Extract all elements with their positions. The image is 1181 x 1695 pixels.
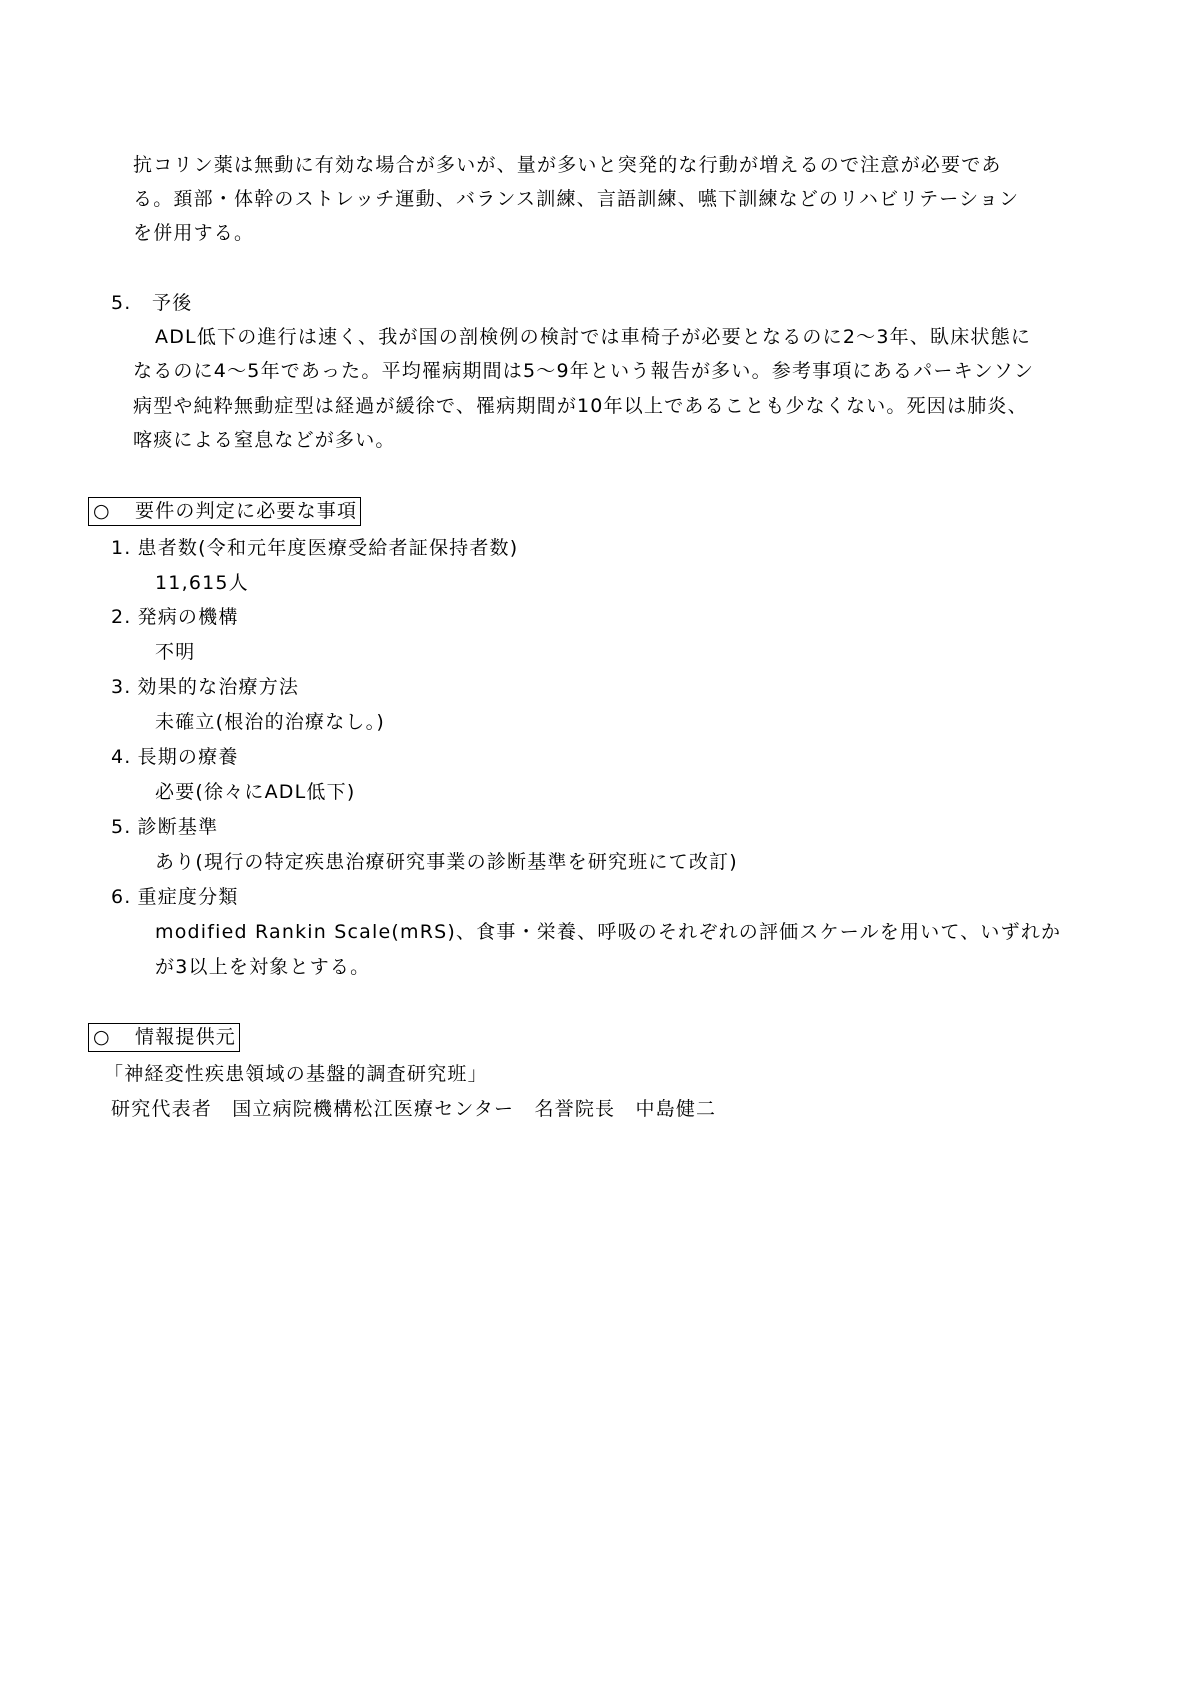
source-representative: 研究代表者 国立病院機構松江医療センター 名誉院長 中島健二 <box>111 1092 716 1126</box>
item-heading: 効果的な治療方法 <box>138 676 300 698</box>
requirements-title: 要件の判定に必要な事項 <box>135 500 357 522</box>
requirement-item-6-body-line-2: が3以上を対象とする。 <box>155 950 370 984</box>
requirement-item-5-body: あり(現行の特定疾患治療研究事業の診断基準を研究班にて改訂) <box>155 845 738 879</box>
prognosis-line-2: なるのに4～5年であった。平均罹病期間は5～9年という報告が多い。参考事項にある… <box>133 354 1034 388</box>
item-heading: 発病の機構 <box>138 606 239 628</box>
requirement-item-6-body-line-1: modified Rankin Scale(mRS)、食事・栄養、呼吸のそれぞれ… <box>155 915 1061 949</box>
requirement-item-2-heading: 2.発病の機構 <box>111 600 239 634</box>
item-number: 6. <box>111 886 132 908</box>
prognosis-title: 予後 <box>152 292 192 314</box>
requirement-item-3-heading: 3.効果的な治療方法 <box>111 670 299 704</box>
item-heading: 重症度分類 <box>138 886 239 908</box>
item-heading: 診断基準 <box>138 816 219 838</box>
requirement-item-3-body: 未確立(根治的治療なし。) <box>155 705 385 739</box>
item-number: 2. <box>111 606 132 628</box>
item-heading: 長期の療養 <box>138 746 239 768</box>
source-section-header: ○情報提供元 <box>88 1023 240 1052</box>
requirement-item-1-body: 11,615人 <box>155 566 249 600</box>
item-number: 1. <box>111 537 132 559</box>
source-title: 情報提供元 <box>135 1026 236 1048</box>
item-heading: 患者数(令和元年度医療受給者証保持者数) <box>138 537 519 559</box>
circle-mark-icon: ○ <box>93 498 135 525</box>
requirement-item-4-body: 必要(徐々にADL低下) <box>155 775 355 809</box>
requirement-item-5-heading: 5.診断基準 <box>111 810 218 844</box>
document-page: 抗コリン薬は無動に有効な場合が多いが、量が多いと突発的な行動が増えるので注意が必… <box>0 0 1181 1695</box>
requirements-section-header: ○要件の判定に必要な事項 <box>88 497 361 526</box>
requirement-item-1-heading: 1.患者数(令和元年度医療受給者証保持者数) <box>111 531 518 565</box>
prognosis-line-1: ADL低下の進行は速く、我が国の剖検例の検討では車椅子が必要となるのに2～3年、… <box>155 320 1031 354</box>
prognosis-line-3: 病型や純粋無動症型は経過が緩徐で、罹病期間が10年以上であることも少なくない。死… <box>133 389 1028 423</box>
treatment-line-2: る。頚部・体幹のストレッチ運動、バランス訓練、言語訓練、嚥下訓練などのリハビリテ… <box>133 182 1019 216</box>
treatment-line-3: を併用する。 <box>133 216 254 250</box>
item-number: 3. <box>111 676 132 698</box>
requirement-item-4-heading: 4.長期の療養 <box>111 740 239 774</box>
circle-mark-icon: ○ <box>93 1024 135 1051</box>
prognosis-heading: 5. 予後 <box>111 286 192 320</box>
item-number: 4. <box>111 746 132 768</box>
prognosis-line-4: 喀痰による窒息などが多い。 <box>133 423 396 457</box>
treatment-line-1: 抗コリン薬は無動に有効な場合が多いが、量が多いと突発的な行動が増えるので注意が必… <box>133 148 1002 182</box>
source-group: 「神経変性疾患領域の基盤的調査研究班」 <box>104 1057 488 1091</box>
item-number: 5. <box>111 816 132 838</box>
requirement-item-6-heading: 6.重症度分類 <box>111 880 239 914</box>
prognosis-number: 5. <box>111 292 132 314</box>
requirement-item-2-body: 不明 <box>155 635 195 669</box>
